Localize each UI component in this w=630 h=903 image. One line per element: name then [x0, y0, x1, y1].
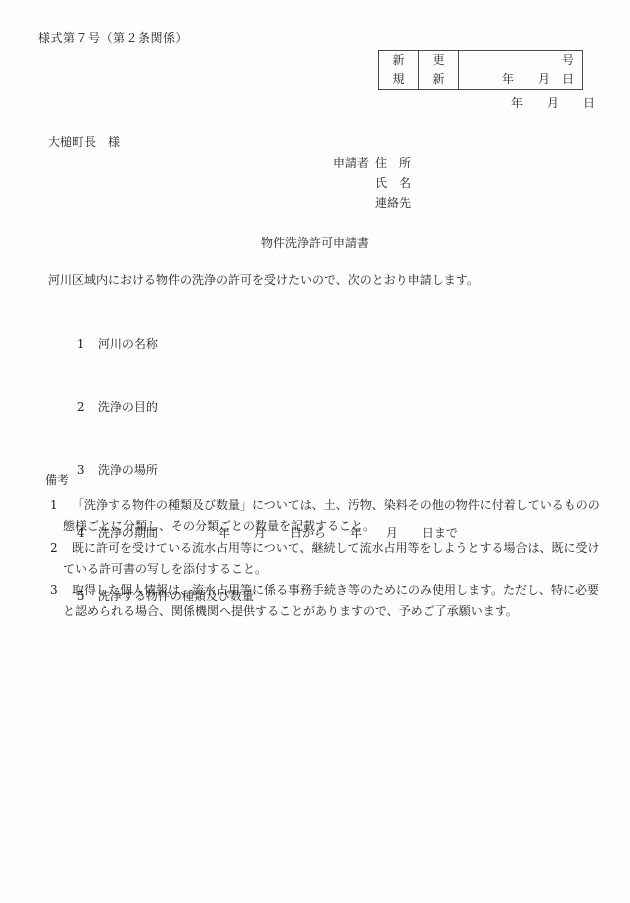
applicant-contact-label: 連絡先: [375, 193, 411, 213]
note-number: 3: [50, 580, 72, 601]
application-statement: 河川区域内における物件の洗浄の許可を受けたいので、次のとおり申請します。: [48, 273, 479, 287]
permit-date-row: 年 月 日: [459, 70, 582, 89]
note-number: 2: [50, 538, 72, 559]
item-number: 1: [77, 334, 98, 355]
note-text: 既に許可を受けている流水占用等について、継続して流水占用等をしようとする場合は、…: [72, 541, 600, 555]
note-line: 3取得した個人情報は、流水占用等に係る事務手続き等のためにのみ使用します。ただし…: [50, 580, 606, 601]
item-text: 洗浄の目的: [98, 400, 158, 414]
new-option-label: 新規: [392, 51, 405, 89]
renewal-option-cell: 更新: [419, 51, 459, 89]
remarks-label: 備考: [45, 473, 69, 487]
document-page: 様式第７号（第２条関係） 新規 更新 号 年 月 日 年 月 日 大槌町長 様 …: [0, 0, 630, 903]
item-text: 河川の名称: [98, 337, 158, 351]
new-or-renewal-stamp-table: 新規 更新 号 年 月 日: [378, 50, 583, 90]
application-date-line: 年 月 日: [378, 96, 595, 110]
list-item-river-name: 1河川の名称: [54, 313, 458, 376]
new-option-cell: 新規: [379, 51, 419, 89]
form-number: 様式第７号（第２条関係）: [38, 31, 188, 45]
remarks-note-3: 3取得した個人情報は、流水占用等に係る事務手続き等のためにのみ使用します。ただし…: [50, 580, 606, 623]
applicant-block: 申請者 住 所 氏 名 連絡先: [333, 153, 411, 213]
item-text: 洗浄の場所: [98, 463, 158, 477]
remarks-note-1: 1「洗浄する物件の種類及び数量」については、土、汚物、染料その他の物件に付着して…: [50, 495, 606, 538]
note-text: 「洗浄する物件の種類及び数量」については、土、汚物、染料その他の物件に付着してい…: [72, 498, 600, 512]
note-line: 1「洗浄する物件の種類及び数量」については、土、汚物、染料その他の物件に付着して…: [50, 495, 606, 516]
remarks-note-2: 2既に許可を受けている流水占用等について、継続して流水占用等をしようとする場合は…: [50, 538, 606, 581]
document-title: 物件洗浄許可申請書: [0, 234, 630, 251]
note-line: 態様ごとに分類し、その分類ごとの数量を記載すること。: [50, 516, 606, 537]
note-line: ている許可書の写しを添付すること。: [50, 559, 606, 580]
permit-number-and-date-cell: 号 年 月 日: [459, 51, 582, 89]
note-text: 取得した個人情報は、流水占用等に係る事務手続き等のためにのみ使用します。ただし、…: [72, 583, 599, 597]
list-item-washing-purpose: 2洗浄の目的: [54, 376, 458, 439]
applicant-label: 申請者: [333, 153, 369, 213]
renewal-option-label: 更新: [432, 51, 445, 89]
applicant-address-label: 住 所: [375, 153, 411, 173]
permit-number-row: 号: [459, 51, 582, 70]
addressee: 大槌町長 様: [48, 135, 120, 149]
item-number: 2: [77, 397, 98, 418]
item-number: 3: [77, 460, 98, 481]
applicant-name-label: 氏 名: [375, 173, 411, 193]
note-line: と認められる場合、関係機関へ提供することがありますので、予めご了承願います。: [50, 601, 606, 622]
remarks-notes: 1「洗浄する物件の種類及び数量」については、土、汚物、染料その他の物件に付着して…: [50, 495, 606, 623]
applicant-fields: 住 所 氏 名 連絡先: [375, 153, 411, 213]
note-line: 2既に許可を受けている流水占用等について、継続して流水占用等をしようとする場合は…: [50, 538, 606, 559]
note-number: 1: [50, 495, 72, 516]
list-item-washing-place: 3洗浄の場所: [54, 439, 458, 502]
